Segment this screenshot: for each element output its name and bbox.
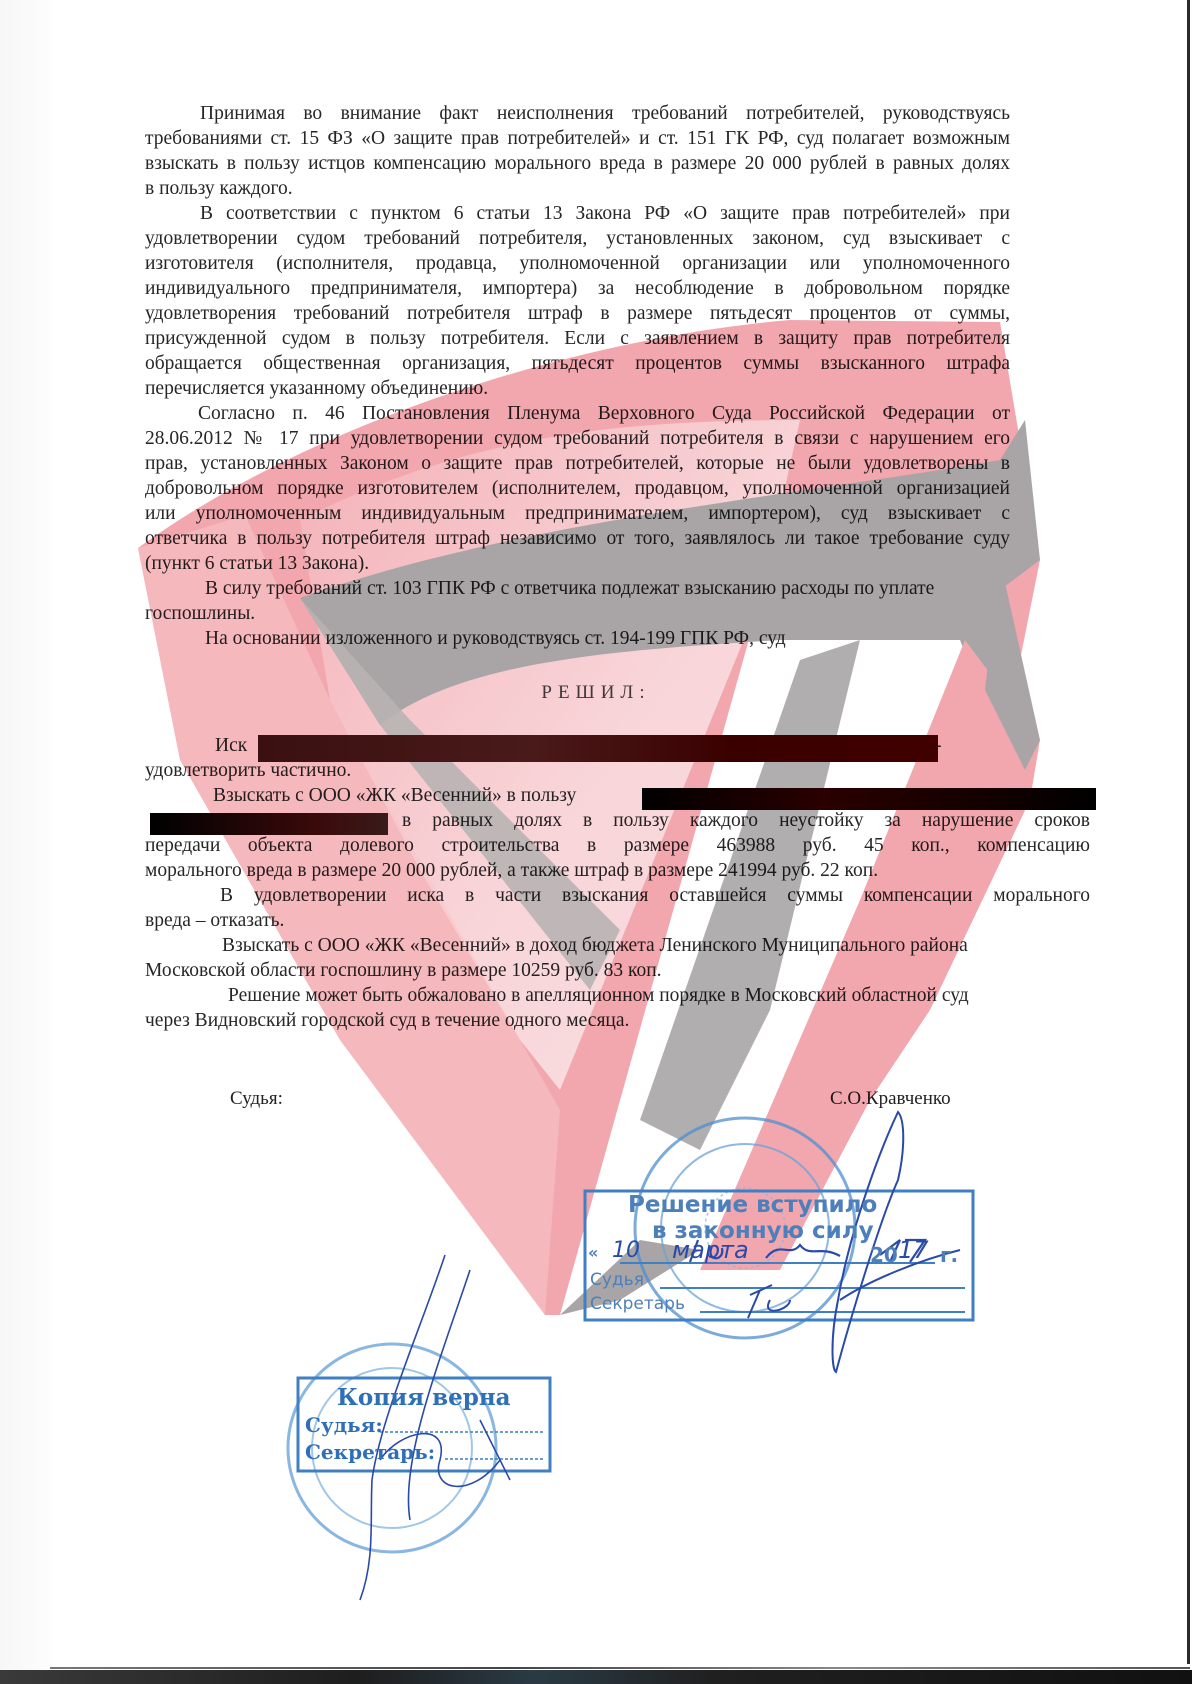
duty-line: Московской области госпошлину в размере … <box>145 958 662 983</box>
effective-stamp-line1: Решение вступило <box>628 1192 877 1218</box>
judge-name: С.О.Кравченко <box>830 1088 951 1110</box>
effective-stamp-year-suffix: 17 <box>898 1236 929 1264</box>
refuse-line: вреда – отказать. <box>145 908 284 933</box>
paragraph-line: В силу требований ст. 103 ГПК РФ с ответ… <box>205 576 934 601</box>
redacted-recipient-names <box>642 788 1096 810</box>
paragraph-line: обращается общественная организация, пят… <box>145 351 1010 376</box>
effective-stamp-year-unit: г. <box>940 1243 958 1267</box>
paragraph-line: В соответствии с пунктом 6 статьи 13 Зак… <box>200 201 1010 226</box>
paragraph-line: Принимая во внимание факт неисполнения т… <box>200 101 1010 126</box>
effective-stamp-judge-label: Судья <box>590 1270 644 1290</box>
paragraph-line: госпошлины. <box>145 601 255 626</box>
paragraph-line: На основании изложенного и руководствуяс… <box>205 626 786 651</box>
paragraph-line: перечисляется указанному объединению. <box>145 376 488 401</box>
recover-line: морального вреда в размере 20 000 рублей… <box>145 858 878 883</box>
paragraph-line: взыскать в пользу истцов компенсацию мор… <box>145 151 1010 176</box>
claim-prefix: Иск <box>215 733 247 758</box>
duty-line: Взыскать с ООО «ЖК «Весенний» в доход бю… <box>222 933 968 958</box>
paragraph-line: (пункт 6 статьи 13 Закона). <box>145 551 369 576</box>
effective-stamp-day: 10 <box>612 1238 640 1263</box>
paragraph-line: требованиями ст. 15 ФЗ «О защите прав по… <box>145 126 1010 151</box>
paragraph-line: индивидуального предпринимателя, импорте… <box>145 276 1010 301</box>
effective-stamp-year-prefix: 20 <box>870 1243 898 1267</box>
effective-stamp-month: марта <box>672 1236 749 1264</box>
judge-label: Судья: <box>230 1088 283 1110</box>
document-body: Принимая во внимание факт неисполнения т… <box>0 0 1192 1684</box>
paragraph-line: добровольном порядке изготовителем (испо… <box>145 476 1010 501</box>
recover-prefix: Взыскать с ООО «ЖК «Весенний» в пользу <box>213 783 576 808</box>
paragraph-line: Согласно п. 46 Постановления Пленума Вер… <box>198 401 1010 426</box>
redacted-claimant-names <box>258 735 938 762</box>
effective-stamp-secretary-label: Секретарь <box>590 1294 685 1314</box>
decision-heading: РЕШИЛ: <box>0 682 1192 704</box>
paragraph-line: изготовителя (исполнителя, продавца, упо… <box>145 251 1010 276</box>
paragraph-line: присужденной судом в пользу потребителя.… <box>145 326 1010 351</box>
copy-stamp-secretary-label: Секретарь: <box>305 1440 435 1464</box>
redacted-recipient-names-cont <box>150 813 388 835</box>
paragraph-line: ответчика в пользу потребителя штраф нез… <box>145 526 1010 551</box>
refuse-line: В удовлетворении иска в части взыскания … <box>220 883 1090 908</box>
recover-line: передачи объекта долевого строительства … <box>145 833 1090 858</box>
copy-stamp-title: Копия верна <box>337 1384 511 1411</box>
paragraph-line: 28.06.2012 № 17 при удовлетворении судом… <box>145 426 1010 451</box>
paragraph-line: или уполномоченным индивидуальным предпр… <box>145 501 1010 526</box>
paragraph-line: удовлетворения требований потребителя шт… <box>145 301 1010 326</box>
appeal-line: Решение может быть обжаловано в апелляци… <box>228 983 969 1008</box>
paragraph-line: удовлетворении судом требований потребит… <box>145 226 1010 251</box>
copy-stamp-judge-label: Судья: <box>305 1413 383 1437</box>
paragraph-line: в пользу каждого. <box>145 176 293 201</box>
recover-line: в равных долях в пользу каждого неустойк… <box>402 808 1090 833</box>
paragraph-line: прав, установленных Законом о защите пра… <box>145 451 1010 476</box>
appeal-line: через Видновский городской суд в течение… <box>145 1008 629 1033</box>
